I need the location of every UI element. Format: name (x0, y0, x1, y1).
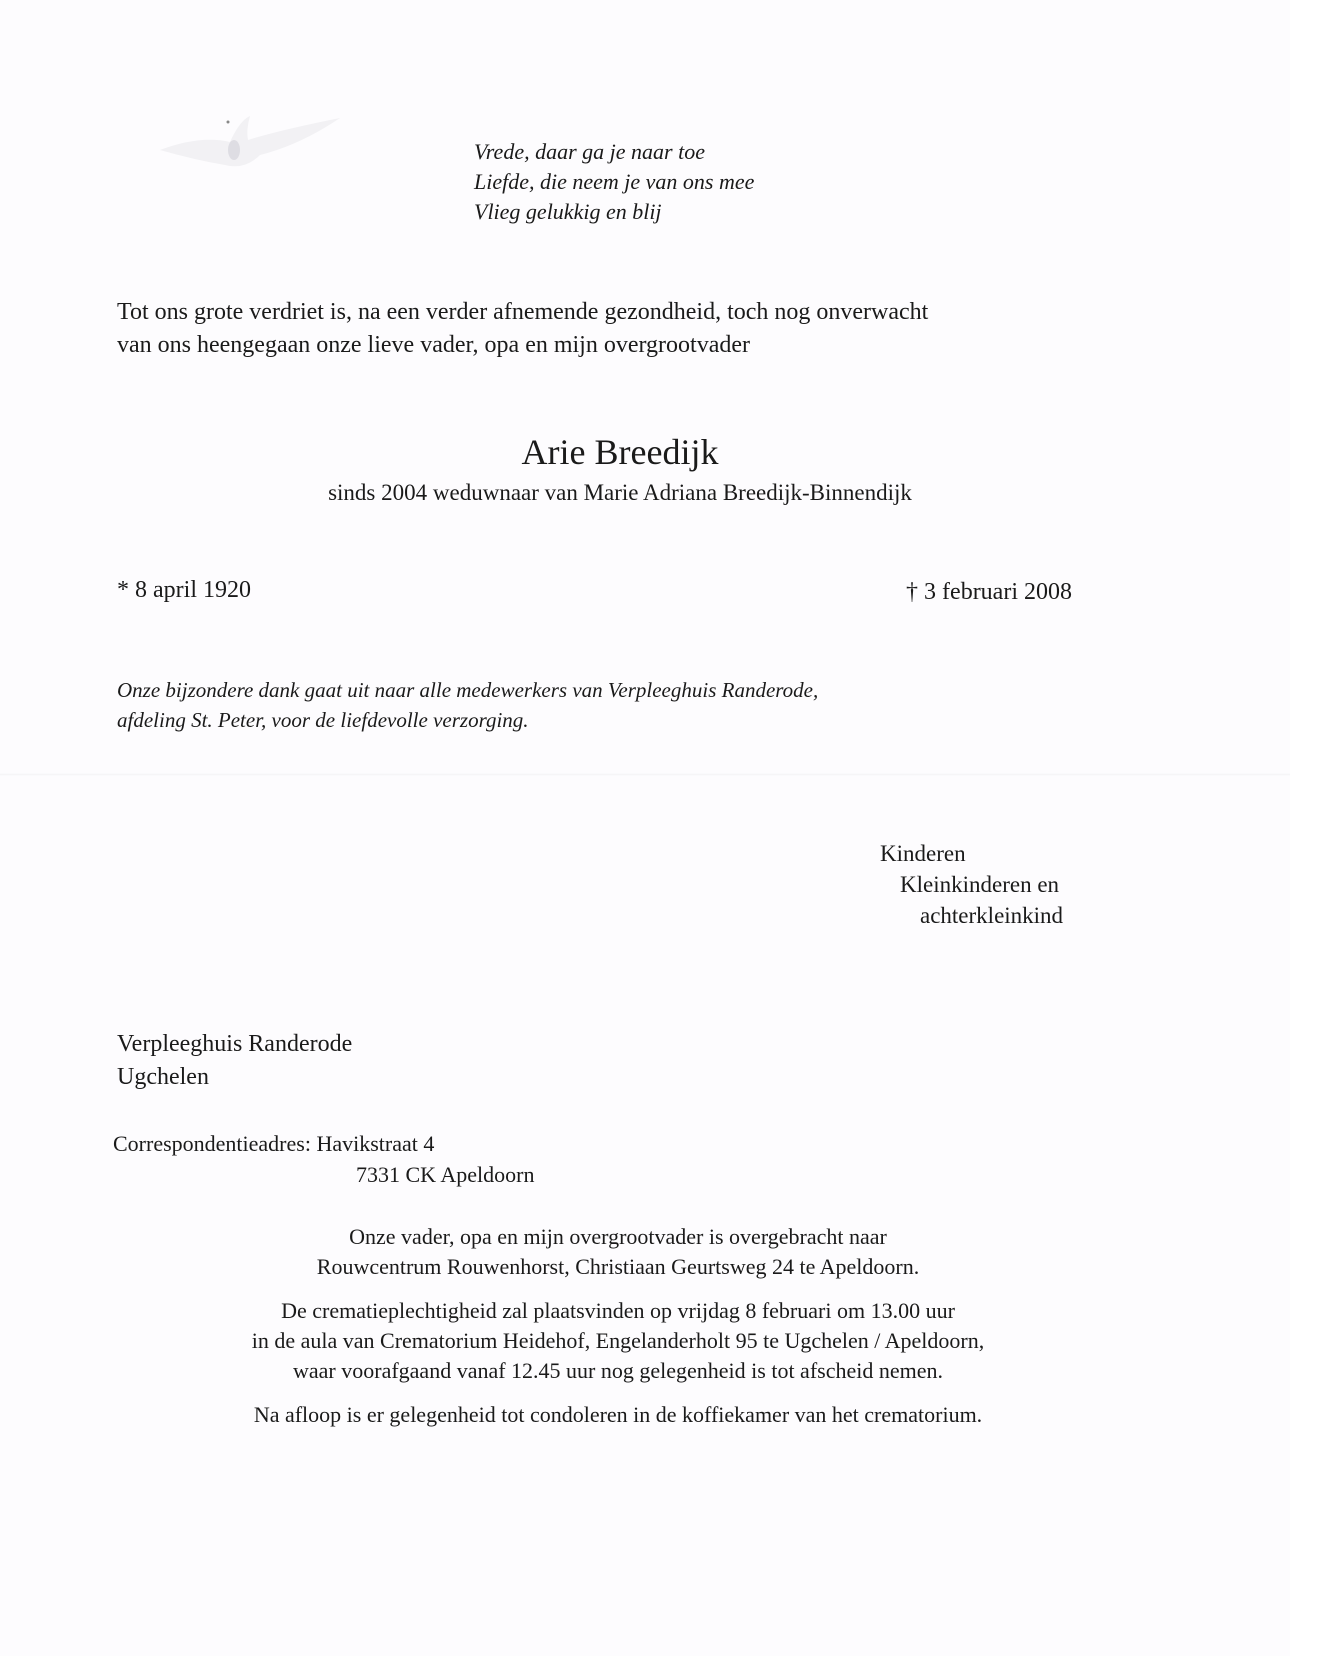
birth-date: * 8 april 1920 (117, 575, 251, 605)
correspondence-label: Correspondentieadres: (113, 1131, 311, 1156)
thanks-paragraph: Onze bijzondere dank gaat uit naar alle … (117, 675, 818, 735)
page-margin (1290, 0, 1340, 1656)
correspondence-street: Havikstraat 4 (316, 1131, 434, 1156)
correspondence-address: Correspondentieadres: Havikstraat 4 7331… (113, 1128, 534, 1190)
announcement-transfer: Onze vader, opa en mijn overgrootvader i… (0, 1222, 1236, 1282)
announcement-line: Rouwcentrum Rouwenhorst, Christiaan Geur… (0, 1252, 1236, 1282)
location-block: Verpleeghuis Randerode Ugchelen (117, 1028, 352, 1094)
signer-grandchildren: Kleinkinderen en (880, 869, 1063, 900)
paper-fold-line (0, 773, 1290, 776)
announcement-line: waar voorafgaand vanaf 12.45 uur nog gel… (0, 1356, 1236, 1386)
location-city: Ugchelen (117, 1061, 352, 1094)
announcement-condolences: Na afloop is er gelegenheid tot condoler… (0, 1400, 1236, 1430)
poem-line: Vrede, daar ga je naar toe (474, 137, 754, 167)
announcement-line: Onze vader, opa en mijn overgrootvader i… (0, 1222, 1236, 1252)
poem-line: Liefde, die neem je van ons mee (474, 167, 754, 197)
announcement-line: in de aula van Crematorium Heidehof, Eng… (0, 1326, 1236, 1356)
intro-paragraph: Tot ons grote verdriet is, na een verder… (117, 296, 1137, 362)
thanks-line: afdeling St. Peter, voor de liefdevolle … (117, 705, 818, 735)
intro-line: van ons heengegaan onze lieve vader, opa… (117, 329, 1137, 362)
signer-great-grandchild: achterkleinkind (880, 900, 1063, 931)
poem-line: Vlieg gelukkig en blij (474, 197, 754, 227)
announcement-line: De crematieplechtigheid zal plaatsvinden… (0, 1296, 1236, 1326)
dove-icon (150, 110, 350, 180)
correspondence-postal-city: 7331 CK Apeldoorn (113, 1159, 534, 1190)
location-name: Verpleeghuis Randerode (117, 1028, 352, 1061)
thanks-line: Onze bijzondere dank gaat uit naar alle … (117, 675, 818, 705)
widower-line: sinds 2004 weduwnaar van Marie Adriana B… (0, 478, 1240, 508)
deceased-name: Arie Breedijk (0, 430, 1240, 474)
announcements: Onze vader, opa en mijn overgrootvader i… (0, 1222, 1236, 1444)
poem: Vrede, daar ga je naar toe Liefde, die n… (474, 137, 754, 227)
signer-children: Kinderen (880, 838, 1063, 869)
announcement-line: Na afloop is er gelegenheid tot condoler… (0, 1400, 1236, 1430)
funeral-card-page: Vrede, daar ga je naar toe Liefde, die n… (0, 0, 1290, 1656)
signers-block: Kinderen Kleinkinderen en achterkleinkin… (880, 838, 1063, 931)
death-date: † 3 februari 2008 (906, 577, 1072, 607)
intro-line: Tot ons grote verdriet is, na een verder… (117, 296, 1137, 329)
announcement-cremation: De crematieplechtigheid zal plaatsvinden… (0, 1296, 1236, 1386)
